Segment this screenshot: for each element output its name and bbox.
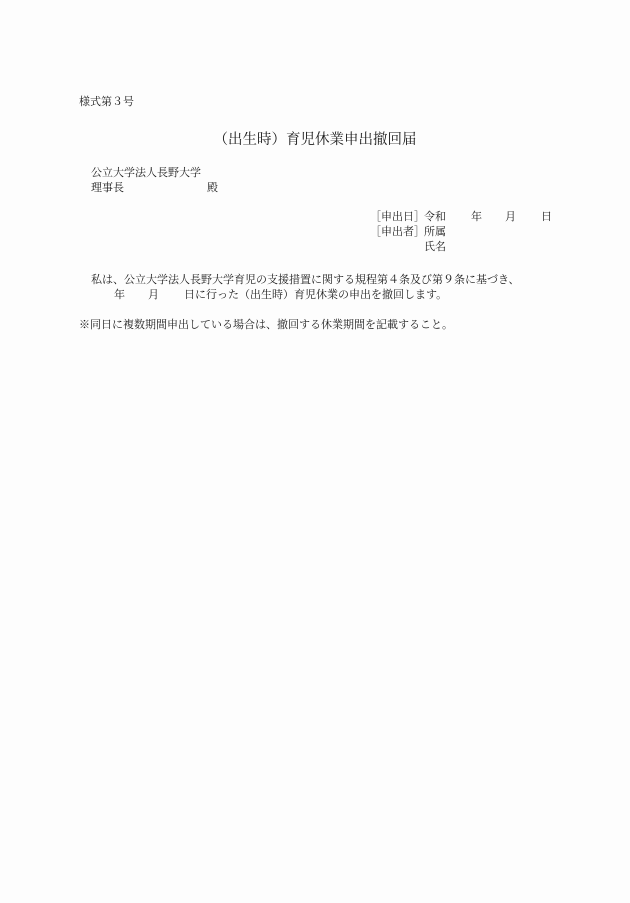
applicant-name-label: 氏名 [424,240,446,254]
document-title: （出生時）育児休業申出撤回届 [0,131,630,149]
body-text-line1: 私は、公立大学法人長野大学育児の支援措置に関する規程第４条及び第９条に基づき、 [91,273,520,287]
addressee-organization: 公立大学法人長野大学 [91,166,201,180]
submission-day-unit: 日 [541,210,552,224]
applicant-department-label: 所属 [424,225,446,239]
submission-era: 令和 [424,210,446,224]
submission-month-unit: 月 [505,210,516,224]
submission-year-unit: 年 [471,210,482,224]
submission-date-label: ［申出日］ [370,210,425,224]
body-text-line2: 日に行った（出生時）育児休業の申出を撤回します。 [184,288,447,302]
applicant-label: ［申出者］ [370,225,425,239]
body-month-unit: 月 [148,288,159,302]
addressee-honorific: 殿 [207,181,218,195]
addressee-role: 理事長 [91,181,124,195]
body-year-unit: 年 [114,288,125,302]
footnote: ※同日に複数期間申出している場合は、撤回する休業期間を記載すること。 [79,318,453,332]
form-number: 様式第３号 [79,95,134,109]
